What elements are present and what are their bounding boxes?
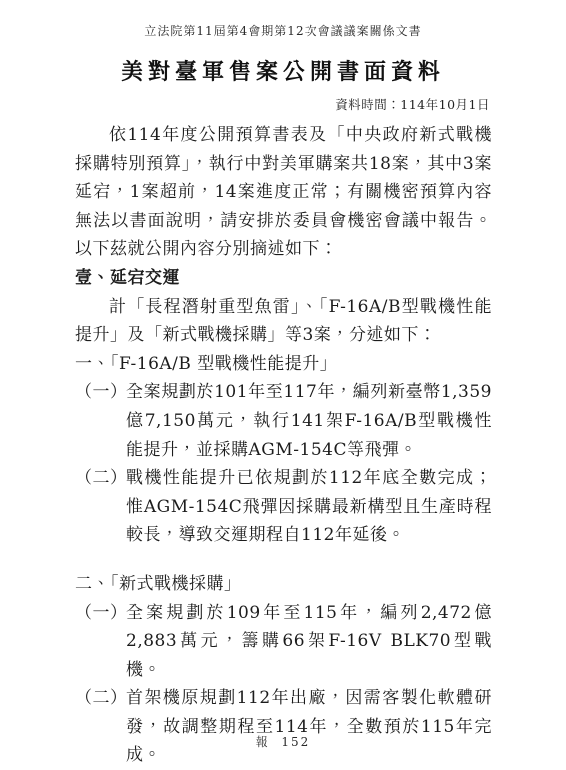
item-2-subitem-1-label: （一） — [75, 599, 128, 628]
item-1-subitem-2-text: 戰機性能提升已依規劃於112年底全數完成；惟AGM-154C飛彈因採購最新構型且… — [126, 468, 492, 545]
page-number: 報 152 — [0, 733, 566, 750]
item-2-subitem-1: （一）全案規劃於109年至115年，編列2,472億2,883萬元，籌購66架F… — [75, 599, 492, 685]
document-header-line: 立法院第11屆第4會期第12次會議議案關係文書 — [0, 0, 566, 39]
item-2-subitem-1-text: 全案規劃於109年至115年，編列2,472億2,883萬元，籌購66架F-16… — [126, 603, 492, 680]
item-2-subitem-2-text: 首架機原規劃112年出廠，因需客製化軟體研發，故調整期程至114年，全數預於11… — [126, 688, 492, 765]
page-title: 美對臺軍售案公開書面資料 — [0, 55, 566, 86]
item-1-title: 一、「F-16A/B 型戰機性能提升」 — [75, 350, 492, 379]
item-1-subitem-1-text: 全案規劃於101年至117年，編列新臺幣1,359億7,150萬元，執行141架… — [126, 382, 492, 459]
item-1-subitem-1: （一）全案規劃於101年至117年，編列新臺幣1,359億7,150萬元，執行1… — [75, 378, 492, 464]
intro-paragraph: 依114年度公開預算書表及「中央政府新式戰機採購特別預算」，執行中對美軍購案共1… — [75, 121, 492, 264]
item-2-subitem-2-label: （二） — [75, 684, 128, 713]
item-1-subitem-2-label: （二） — [75, 464, 128, 493]
document-page: 立法院第11屆第4會期第12次會議議案關係文書 美對臺軍售案公開書面資料 資料時… — [0, 0, 566, 770]
section-1-heading: 壹、延宕交運 — [75, 264, 492, 293]
item-1-subitem-1-label: （一） — [75, 378, 128, 407]
item-1-title-text: 「F-16A/B 型戰機性能提升」 — [110, 354, 337, 374]
document-body: 依114年度公開預算書表及「中央政府新式戰機採購特別預算」，執行中對美軍購案共1… — [75, 121, 492, 770]
section-1-lead: 計「長程潛射重型魚雷」、「F-16A/B型戰機性能提升」及「新式戰機採購」等3案… — [75, 293, 492, 350]
item-1-subitem-2: （二）戰機性能提升已依規劃於112年底全數完成；惟AGM-154C飛彈因採購最新… — [75, 464, 492, 550]
item-1-label: 一、 — [75, 354, 110, 374]
item-2-label: 二、 — [75, 574, 110, 594]
data-date-line: 資料時間：114年10月1日 — [0, 95, 566, 113]
item-2-title-text: 「新式戰機採購」 — [110, 574, 242, 594]
item-2-title: 二、「新式戰機採購」 — [75, 570, 492, 599]
item-2-subitem-2: （二）首架機原規劃112年出廠，因需客製化軟體研發，故調整期程至114年，全數預… — [75, 684, 492, 770]
